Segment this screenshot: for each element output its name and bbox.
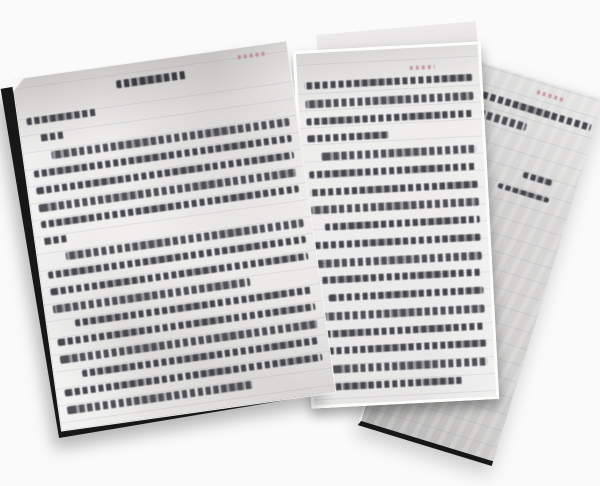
handwriting-line xyxy=(307,110,475,126)
handwriting-line xyxy=(314,252,482,268)
handwriting-line xyxy=(325,216,480,231)
photo-of-handwritten-letters xyxy=(0,0,600,486)
red-pen-mark xyxy=(238,52,266,60)
handwriting-line xyxy=(313,234,481,250)
handwriting-line xyxy=(329,287,484,302)
handwriting-line xyxy=(306,92,474,108)
salutation-handwriting xyxy=(26,108,98,125)
letter-page-1 xyxy=(12,40,337,431)
handwriting-line xyxy=(332,357,487,373)
handwriting-line xyxy=(318,322,486,338)
handwriting-line xyxy=(305,74,473,90)
signature-handwriting xyxy=(522,172,553,187)
handwriting-line xyxy=(319,339,487,355)
greeting-handwriting xyxy=(40,131,66,141)
handwriting-line xyxy=(315,269,483,285)
folded-corner xyxy=(12,77,27,92)
handwriting-line xyxy=(311,198,479,214)
letter-title-handwriting xyxy=(116,71,188,89)
red-pen-mark xyxy=(410,65,436,70)
handwriting-line xyxy=(309,163,477,179)
handwriting-line xyxy=(321,145,476,161)
handwriting-line xyxy=(310,181,478,197)
handwriting-line xyxy=(307,131,389,142)
date-handwriting xyxy=(497,183,549,203)
handwriting-line xyxy=(317,305,485,321)
handwriting-line xyxy=(43,235,69,245)
handwriting-line xyxy=(320,377,462,391)
red-pen-mark xyxy=(536,90,564,102)
